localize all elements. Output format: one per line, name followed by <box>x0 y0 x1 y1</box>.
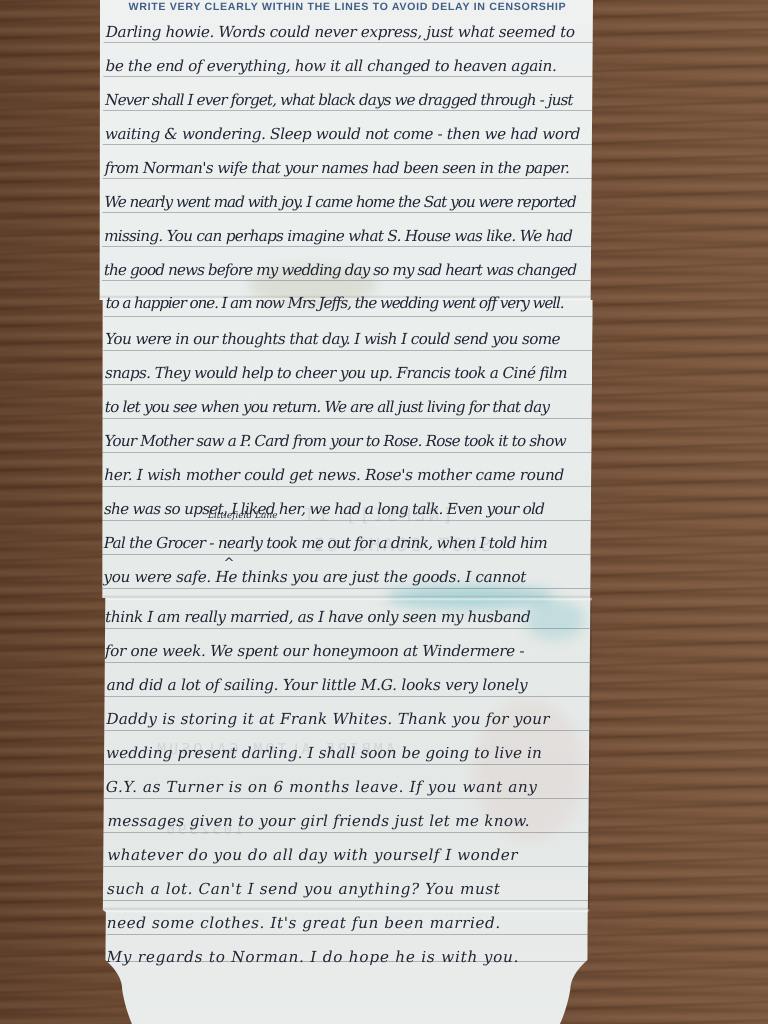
letter-line-11: snaps. They would help to cheer you up. … <box>105 364 567 382</box>
letter-line-9: to a happier one. I am now Mrs Jeffs, th… <box>106 294 564 312</box>
letter-line-23: G.Y. as Turner is on 6 months leave. If … <box>106 778 538 796</box>
letter-line-22: wedding present darling. I shall soon be… <box>106 744 542 762</box>
letter-line-1: Darling howie. Words could never express… <box>106 23 575 41</box>
letter-line-19: for one week. We spent our honeymoon at … <box>105 642 525 660</box>
letter-line-25: whatever do you do all day with yourself… <box>107 846 518 864</box>
letter-line-17: you were safe. He thinks you are just th… <box>103 568 526 586</box>
letter-line-2: be the end of everything, how it all cha… <box>105 57 556 75</box>
letter-line-6: We nearly went mad with joy. I came home… <box>104 193 575 211</box>
letter-line-14: her. I wish mother could get news. Rose'… <box>104 466 564 484</box>
letter-line-24: messages given to your girl friends just… <box>107 812 530 830</box>
letter-line-10: You were in our thoughts that day. I wis… <box>105 330 560 348</box>
letter-paper: [NEPSI]] IT SHOT SGAHI CI AMBIRE ALTOM G… <box>92 0 595 1024</box>
insertion-note: Littlefield Lane <box>208 511 278 521</box>
letter-line-4: waiting & wondering. Sleep would not com… <box>105 125 580 143</box>
letter-line-15: she was so upset, I liked her, we had a … <box>104 500 544 518</box>
letter-line-18: think I am really married, as I have onl… <box>105 608 530 626</box>
letter-line-20: and did a lot of sailing. Your little M.… <box>107 676 528 694</box>
letter-line-13: Your Mother saw a P. Card from your to R… <box>104 432 565 450</box>
letter-line-12: to let you see when you return. We are a… <box>105 398 550 416</box>
letter-line-5: from Norman's wife that your names had b… <box>105 159 570 177</box>
letter-line-27: need some clothes. It's great fun been m… <box>107 914 501 932</box>
letter-line-21: Daddy is storing it at Frank Whites. Tha… <box>106 710 550 728</box>
letter-line-3: Never shall I ever forget, what black da… <box>105 91 573 109</box>
letter-line-26: such a lot. Can't I send you anything? Y… <box>107 880 501 898</box>
airgraph-letter: [NEPSI]] IT SHOT SGAHI CI AMBIRE ALTOM G… <box>92 0 595 1024</box>
letter-line-28: My regards to Norman. I do hope he is wi… <box>106 948 519 966</box>
letter-line-7: missing. You can perhaps imagine what S.… <box>104 227 572 245</box>
letter-line-16: Pal the Grocer - nearly took me out for … <box>104 534 547 552</box>
letter-line-8: the good news before my wedding day so m… <box>104 261 576 279</box>
